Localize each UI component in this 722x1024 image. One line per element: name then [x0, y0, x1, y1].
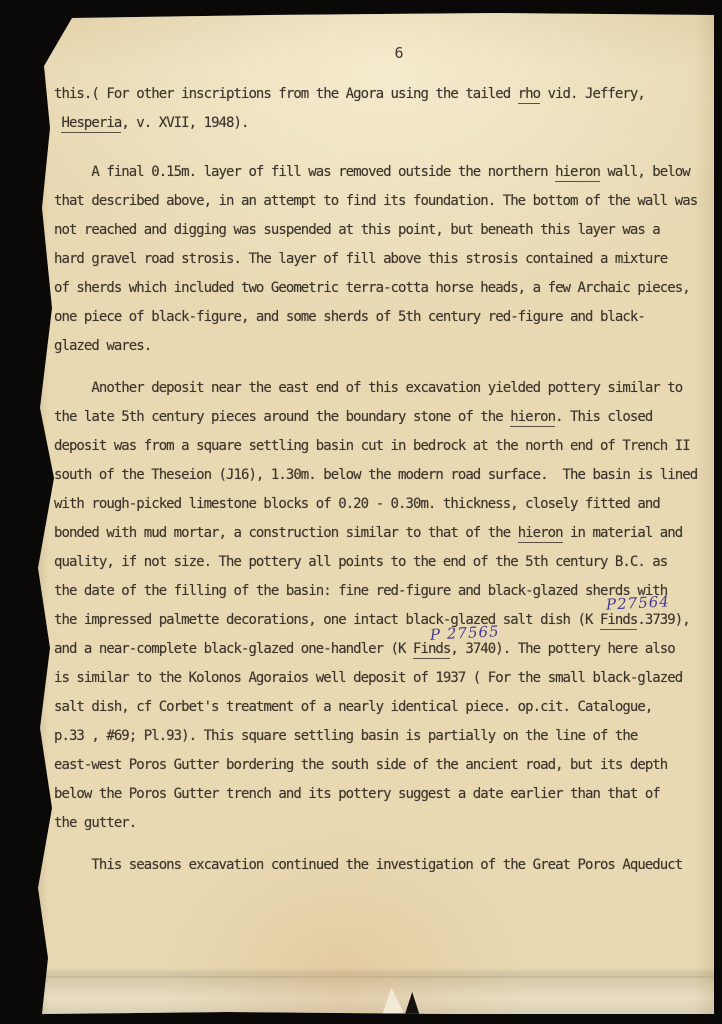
typed-text: this.( For other inscriptions from the A… [54, 80, 714, 880]
typed-run: , v. XVII, 1948). [121, 115, 248, 131]
paper-crease [28, 976, 714, 978]
paper-tear-flap [378, 987, 403, 1016]
aqueduct-paragraph: This seasons excavation continued the in… [54, 851, 714, 880]
typed-run: . This closed deposit was from a square … [54, 409, 697, 541]
fill-layer-paragraph: A final 0.15m. layer of fill was removed… [54, 158, 714, 361]
typed-run: this.( For other inscriptions from the A… [54, 86, 518, 102]
underlined-term: hieron [510, 409, 555, 427]
handwritten-inventory-number-1: P27564 [606, 592, 671, 613]
handwritten-inventory-number-2: P 27565 [430, 622, 500, 644]
document-page: 6 this.( For other inscriptions from the… [28, 8, 714, 1014]
underlined-term: rho [518, 86, 540, 104]
underlined-term: hieron [518, 525, 563, 543]
typed-run: wall, below that described above, in an … [54, 164, 697, 354]
scan-background: 6 this.( For other inscriptions from the… [0, 0, 722, 1024]
typed-run: A final 0.15m. layer of fill was removed… [54, 164, 555, 180]
underlined-term: hieron [555, 164, 600, 182]
underlined-term: Hesperia [61, 115, 121, 133]
underlined-term: Finds [600, 612, 637, 630]
footnote-fragment-paragraph: this.( For other inscriptions from the A… [54, 80, 714, 138]
typed-run: , 3740). The pottery here also is simila… [54, 641, 682, 831]
typed-run: This seasons excavation continued the in… [54, 857, 682, 873]
page-number: 6 [382, 44, 416, 62]
